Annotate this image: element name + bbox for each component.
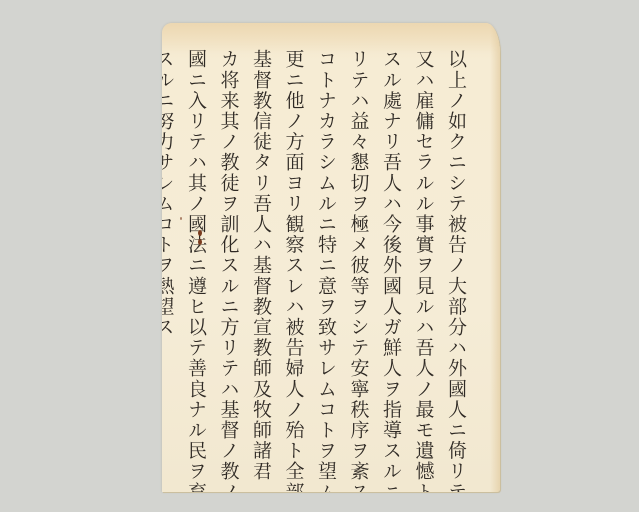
text-column-10: スルニ努力サレムコトヲ熱望ス <box>162 49 178 469</box>
text-column-2: 又ハ雇傭セラルル事實ヲ見ルハ吾人ノ最モ遺憾ト <box>409 49 438 469</box>
manuscript-page: 以上ノ如クニシテ被告ノ大部分ハ外國人ニ倚リテ指導 又ハ雇傭セラルル事實ヲ見ルハ吾… <box>162 23 500 492</box>
text-column-7: 基督教信徒タリ吾人ハ基督教宣教師及牧師諸君 <box>246 49 275 469</box>
ink-stain-mark <box>198 230 202 236</box>
text-column-4: リテハ益々懇切ヲ極メ彼等ヲシテ安寧秩序ヲ紊ス <box>344 49 373 469</box>
manuscript-text: 以上ノ如クニシテ被告ノ大部分ハ外國人ニ倚リテ指導 又ハ雇傭セラルル事實ヲ見ルハ吾… <box>162 49 470 469</box>
text-column-3: スル處ナリ吾人ハ今後外國人ガ鮮人ヲ指導スルニ當 <box>376 49 405 469</box>
text-column-9: 國ニ入リテハ其ノ國法ニ遵ヒ以テ善良ナル民ヲ育成 <box>181 49 210 469</box>
text-column-1: 以上ノ如クニシテ被告ノ大部分ハ外國人ニ倚リテ指導 <box>441 49 470 469</box>
text-column-8: カ将来其ノ教徒ヲ訓化スルニ方リテハ基督ノ教ノ如ク其ノ <box>214 49 243 469</box>
ink-stain-mark <box>180 217 182 220</box>
text-column-6: 更ニ他ノ方面ヨリ観察スレハ被告婦人ノ殆ト全部カ <box>279 49 308 469</box>
ink-stain-mark <box>198 239 202 245</box>
viewer-background: 以上ノ如クニシテ被告ノ大部分ハ外國人ニ倚リテ指導 又ハ雇傭セラルル事實ヲ見ルハ吾… <box>0 0 639 512</box>
text-column-5: コトナカラシムルニ特ニ意ヲ致サレムコトヲ望ム <box>311 49 340 469</box>
